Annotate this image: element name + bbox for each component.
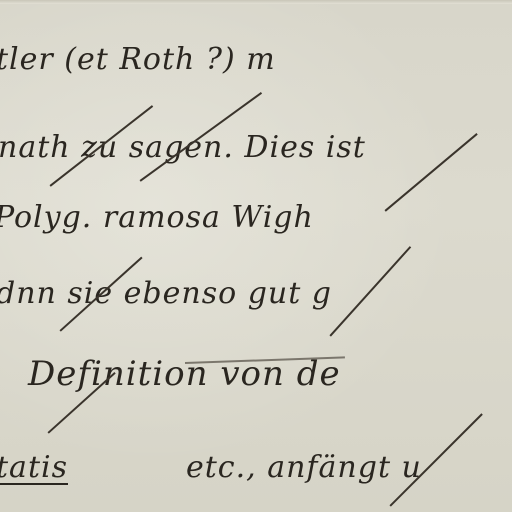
manuscript-line-4: dnn sie ebenso gut g [0, 276, 332, 311]
pen-stroke [385, 133, 478, 211]
manuscript-line-6-underlined-word: tatis [0, 450, 68, 485]
page-top-edge [0, 0, 512, 4]
manuscript-line-6: etc., anfängt u [186, 450, 422, 485]
manuscript-page: tler (et Roth ?) m nath zu sagen. Dies i… [0, 0, 512, 512]
manuscript-line-5: Definition von de [28, 354, 341, 394]
manuscript-line-3: Polyg. ramosa Wigh [0, 200, 314, 235]
pen-stroke [329, 246, 410, 336]
manuscript-line-1: tler (et Roth ?) m [0, 42, 276, 77]
